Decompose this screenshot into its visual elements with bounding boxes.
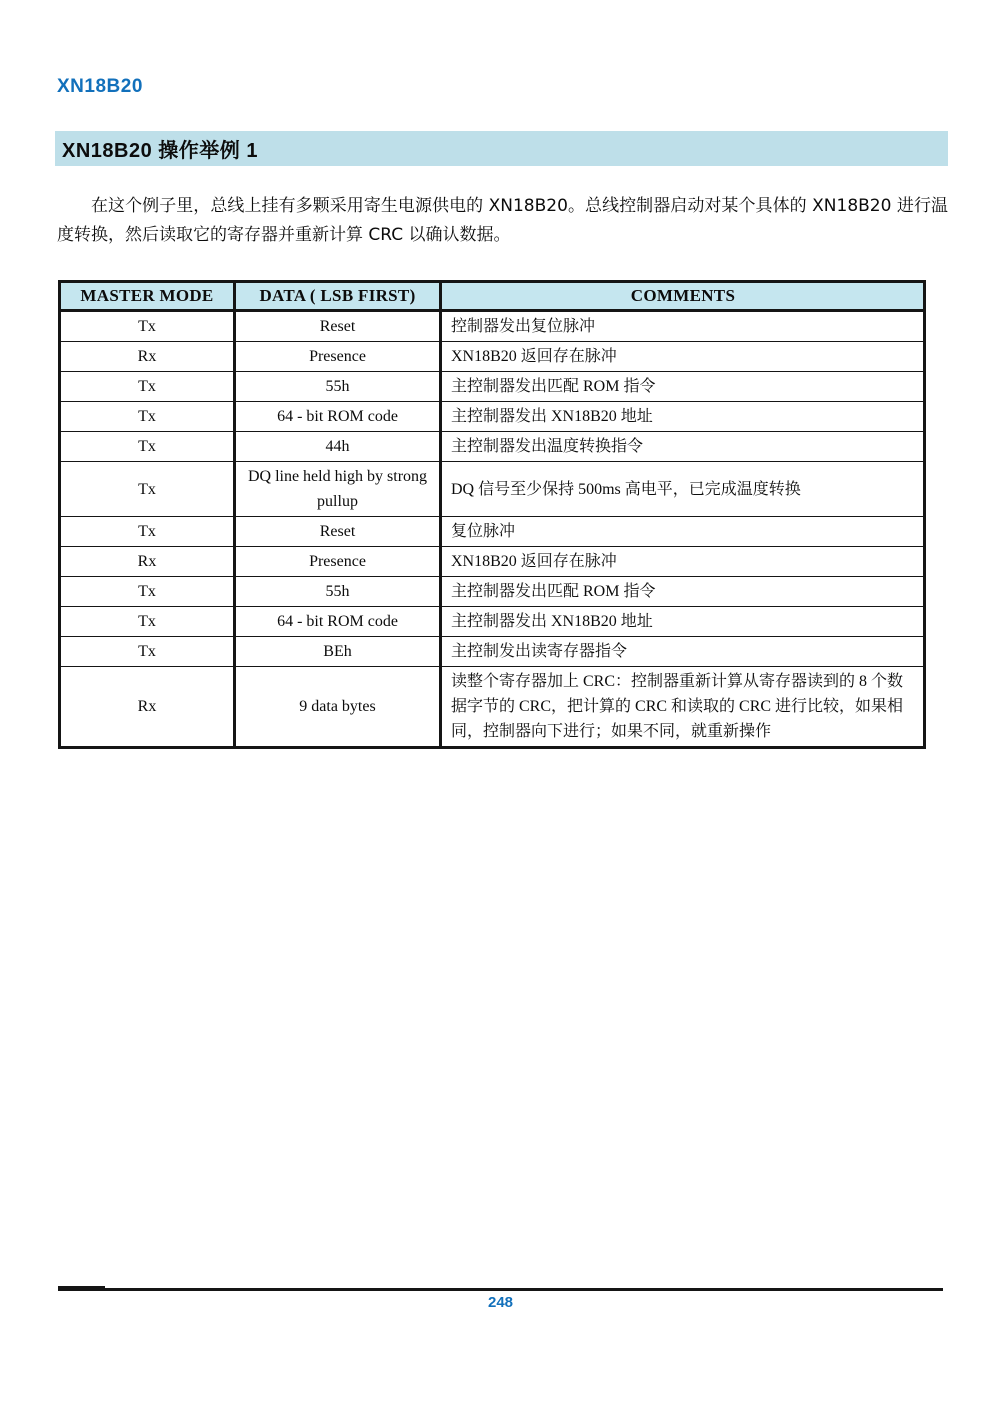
- column-header-master-mode: MASTER MODE: [60, 282, 235, 311]
- table-row: TxBEh主控制发出读寄存器指令: [60, 637, 925, 667]
- data-cell: 64 - bit ROM code: [235, 607, 441, 637]
- comment-cell: 主控制发出读寄存器指令: [441, 637, 925, 667]
- table-row: Rx9 data bytes读整个寄存器加上 CRC：控制器重新计算从寄存器读到…: [60, 667, 925, 748]
- table-row: Tx64 - bit ROM code主控制器发出 XN18B20 地址: [60, 402, 925, 432]
- data-cell: 55h: [235, 577, 441, 607]
- operation-example-table: MASTER MODE DATA ( LSB FIRST) COMMENTS T…: [58, 280, 926, 749]
- data-cell: 64 - bit ROM code: [235, 402, 441, 432]
- data-cell: 55h: [235, 372, 441, 402]
- page-number: 248: [58, 1294, 943, 1311]
- master-mode-cell: Tx: [60, 402, 235, 432]
- master-mode-cell: Tx: [60, 517, 235, 547]
- data-cell: DQ line held high by strong pullup: [235, 462, 441, 517]
- data-cell: Reset: [235, 311, 441, 342]
- comment-cell: 主控制器发出匹配 ROM 指令: [441, 372, 925, 402]
- table-row: Tx44h主控制器发出温度转换指令: [60, 432, 925, 462]
- comment-cell: 主控制器发出温度转换指令: [441, 432, 925, 462]
- document-header-title: XN18B20: [57, 76, 143, 98]
- master-mode-cell: Rx: [60, 547, 235, 577]
- master-mode-cell: Tx: [60, 432, 235, 462]
- table-row: RxPresenceXN18B20 返回存在脉冲: [60, 342, 925, 372]
- master-mode-cell: Tx: [60, 372, 235, 402]
- master-mode-cell: Tx: [60, 311, 235, 342]
- intro-paragraph: 在这个例子里，总线上挂有多颗采用寄生电源供电的 XN18B20。总线控制器启动对…: [57, 192, 948, 250]
- comment-cell: XN18B20 返回存在脉冲: [441, 547, 925, 577]
- table-row: Tx55h主控制器发出匹配 ROM 指令: [60, 372, 925, 402]
- master-mode-cell: Tx: [60, 637, 235, 667]
- data-cell: Presence: [235, 342, 441, 372]
- column-header-data-lsb-first: DATA ( LSB FIRST): [235, 282, 441, 311]
- comment-cell: 主控制器发出 XN18B20 地址: [441, 402, 925, 432]
- column-header-comments: COMMENTS: [441, 282, 925, 311]
- data-cell: BEh: [235, 637, 441, 667]
- datasheet-page: XN18B20 XN18B20 操作举例 1 在这个例子里，总线上挂有多颗采用寄…: [0, 0, 1000, 1414]
- section-title: XN18B20 操作举例 1: [62, 134, 258, 163]
- data-cell: Presence: [235, 547, 441, 577]
- table-header-row: MASTER MODE DATA ( LSB FIRST) COMMENTS: [60, 282, 925, 311]
- footer-rule: [58, 1288, 943, 1291]
- table-row: TxReset复位脉冲: [60, 517, 925, 547]
- data-cell: 44h: [235, 432, 441, 462]
- master-mode-cell: Tx: [60, 607, 235, 637]
- table-row: RxPresenceXN18B20 返回存在脉冲: [60, 547, 925, 577]
- comment-cell: 复位脉冲: [441, 517, 925, 547]
- comment-cell: 主控制器发出匹配 ROM 指令: [441, 577, 925, 607]
- master-mode-cell: Tx: [60, 577, 235, 607]
- table-row: TxDQ line held high by strong pullupDQ 信…: [60, 462, 925, 517]
- comment-cell: 主控制器发出 XN18B20 地址: [441, 607, 925, 637]
- data-cell: 9 data bytes: [235, 667, 441, 748]
- comment-cell: XN18B20 返回存在脉冲: [441, 342, 925, 372]
- section-title-bar: XN18B20 操作举例 1: [55, 131, 948, 166]
- comment-cell: DQ 信号至少保持 500ms 高电平，已完成温度转换: [441, 462, 925, 517]
- table-row: TxReset控制器发出复位脉冲: [60, 311, 925, 342]
- master-mode-cell: Tx: [60, 462, 235, 517]
- master-mode-cell: Rx: [60, 342, 235, 372]
- op-table-body: TxReset控制器发出复位脉冲RxPresenceXN18B20 返回存在脉冲…: [60, 311, 925, 748]
- comment-cell: 读整个寄存器加上 CRC：控制器重新计算从寄存器读到的 8 个数据字节的 CRC…: [441, 667, 925, 748]
- table-row: Tx55h主控制器发出匹配 ROM 指令: [60, 577, 925, 607]
- table-row: Tx64 - bit ROM code主控制器发出 XN18B20 地址: [60, 607, 925, 637]
- comment-cell: 控制器发出复位脉冲: [441, 311, 925, 342]
- master-mode-cell: Rx: [60, 667, 235, 748]
- data-cell: Reset: [235, 517, 441, 547]
